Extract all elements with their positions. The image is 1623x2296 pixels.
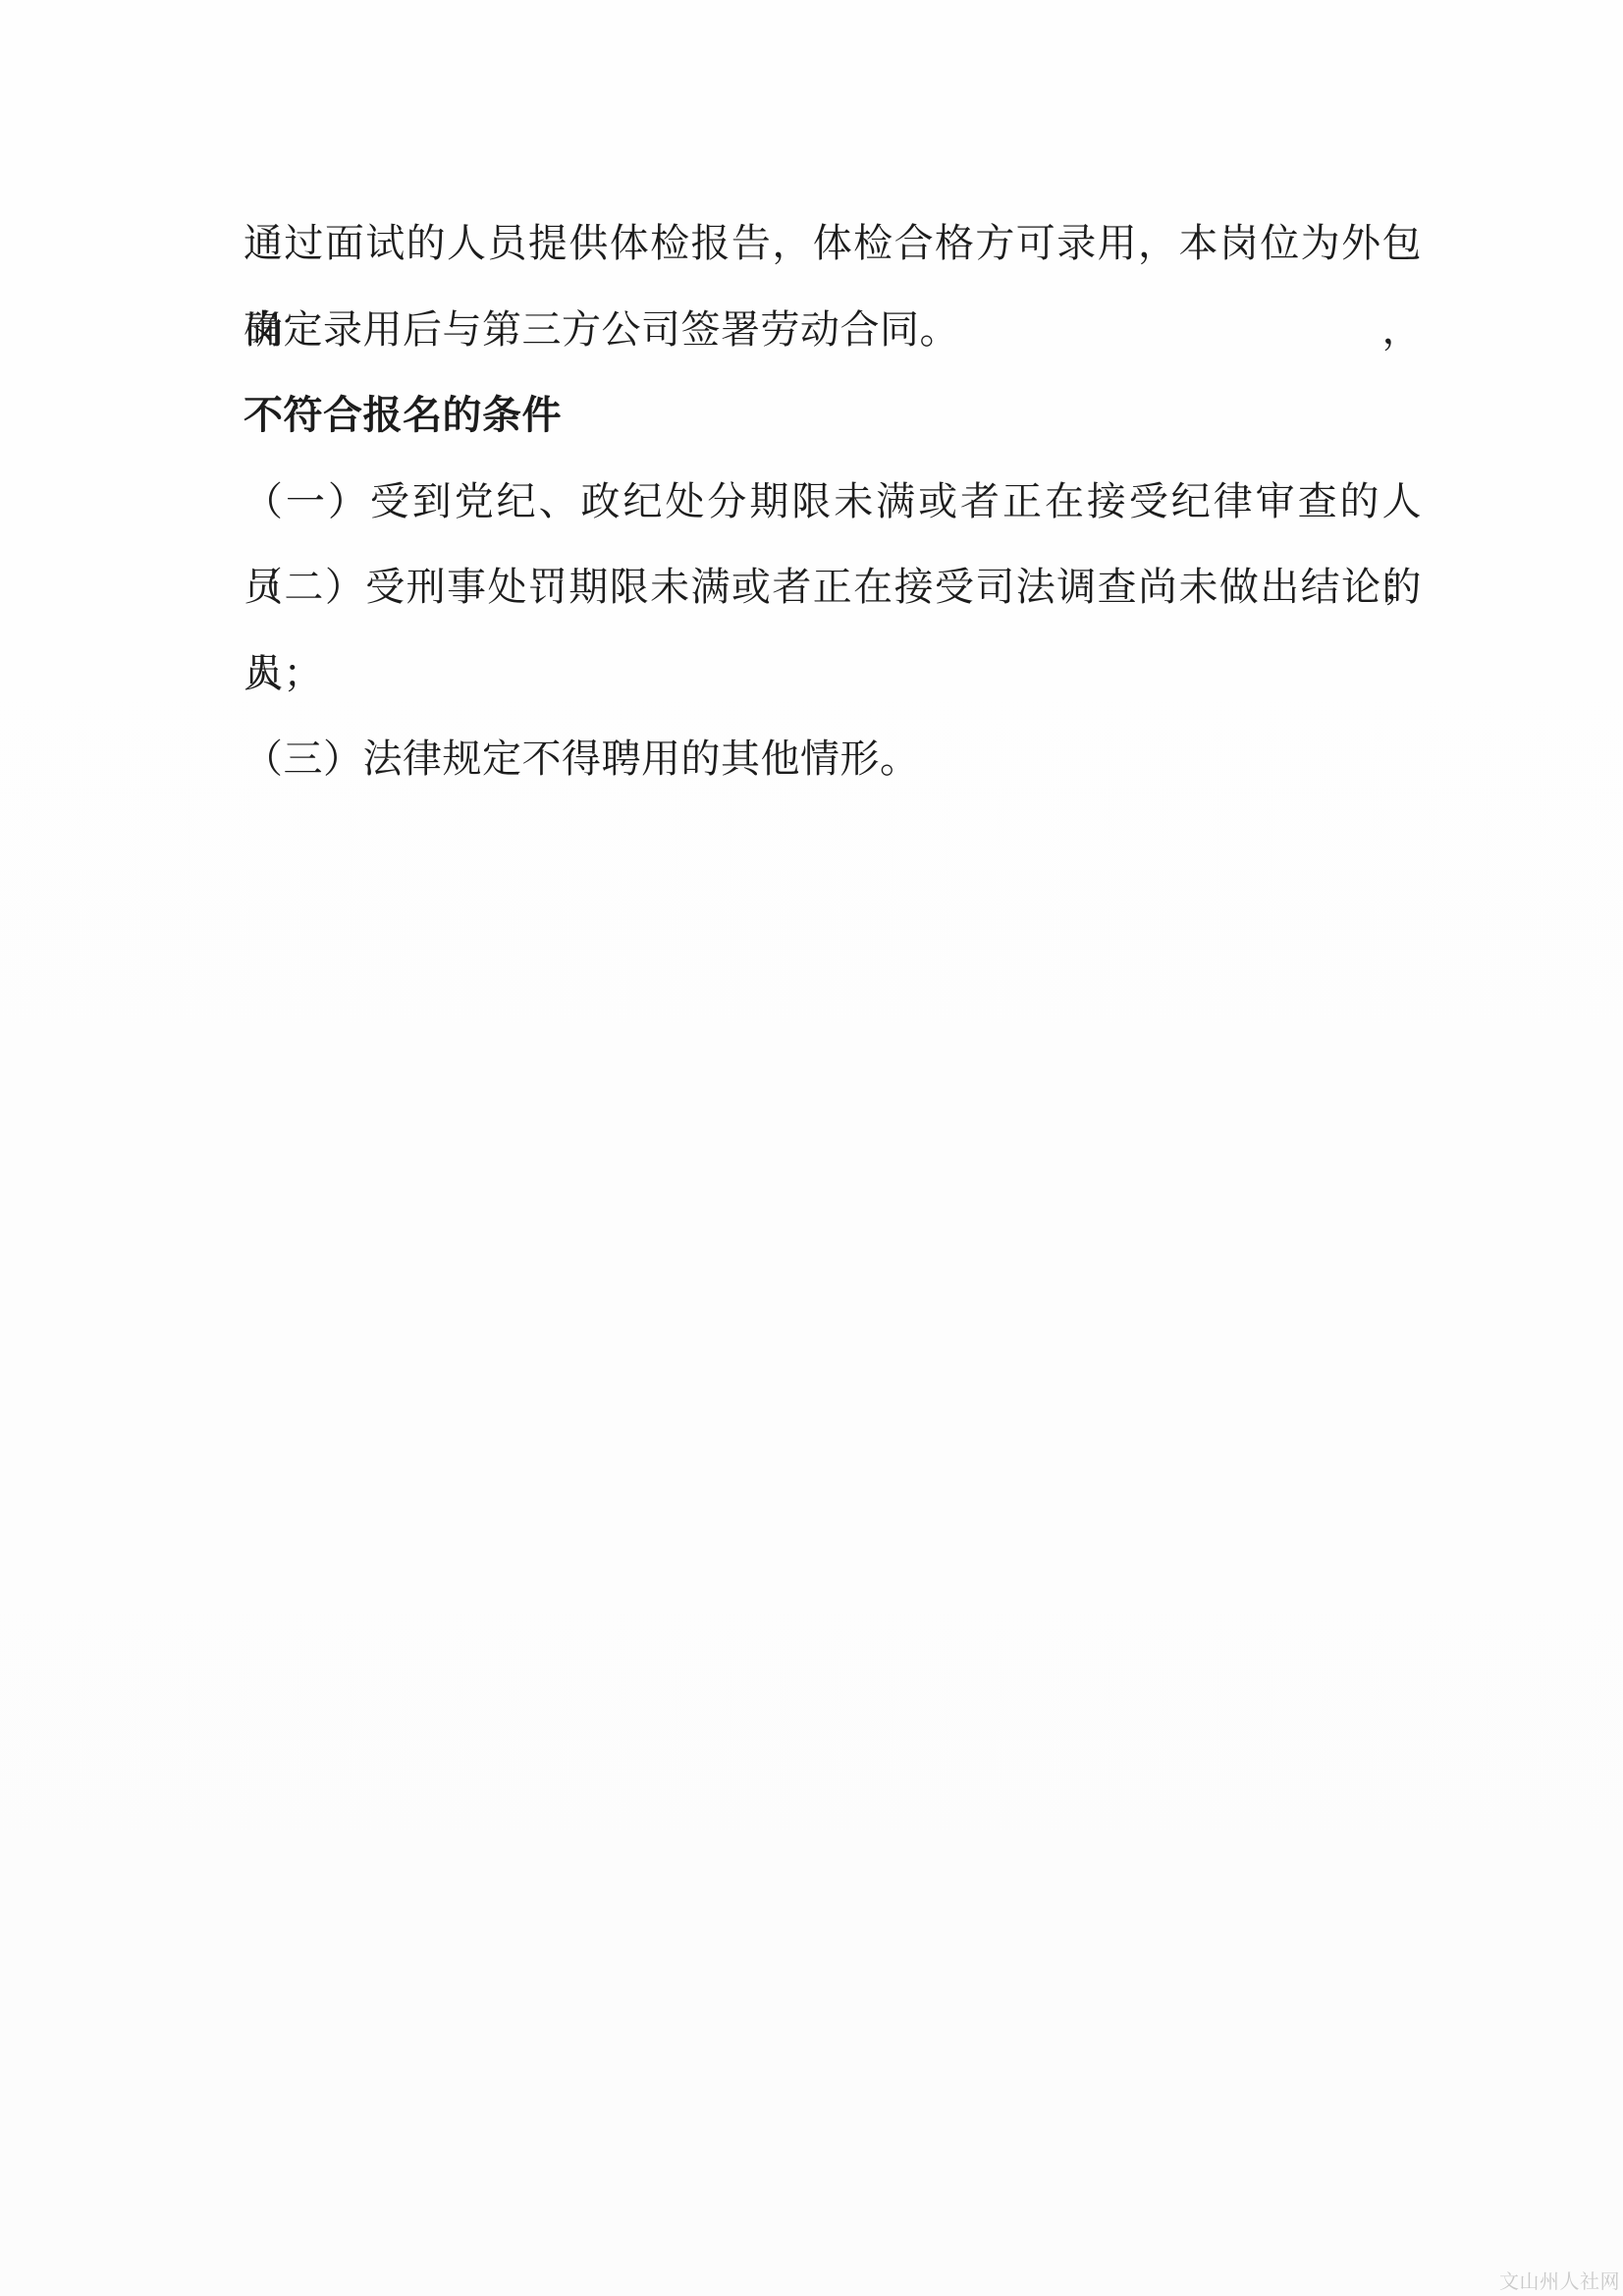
- list-item-1: （一）受到党纪、政纪处分期限未满或者正在接受纪律审查的人员；: [243, 459, 1422, 545]
- list-item-3: （三）法律规定不得聘用的其他情形。: [243, 716, 1422, 802]
- site-watermark: 文山州人社网: [1499, 2270, 1620, 2294]
- document-content: 通过面试的人员提供体检报告，体检合格方可录用，本岗位为外包岗， 确定录用后与第三…: [243, 200, 1422, 802]
- document-page: 通过面试的人员提供体检报告，体检合格方可录用，本岗位为外包岗， 确定录用后与第三…: [0, 0, 1623, 2296]
- list-item-2-continuation: 员；: [243, 630, 1422, 717]
- text-line-1: 通过面试的人员提供体检报告，体检合格方可录用，本岗位为外包岗，: [243, 200, 1422, 287]
- list-item-2: （二）受刑事处罚期限未满或者正在接受司法调查尚未做出结论的人: [243, 544, 1422, 630]
- section-heading: 不符合报名的条件: [243, 372, 1422, 459]
